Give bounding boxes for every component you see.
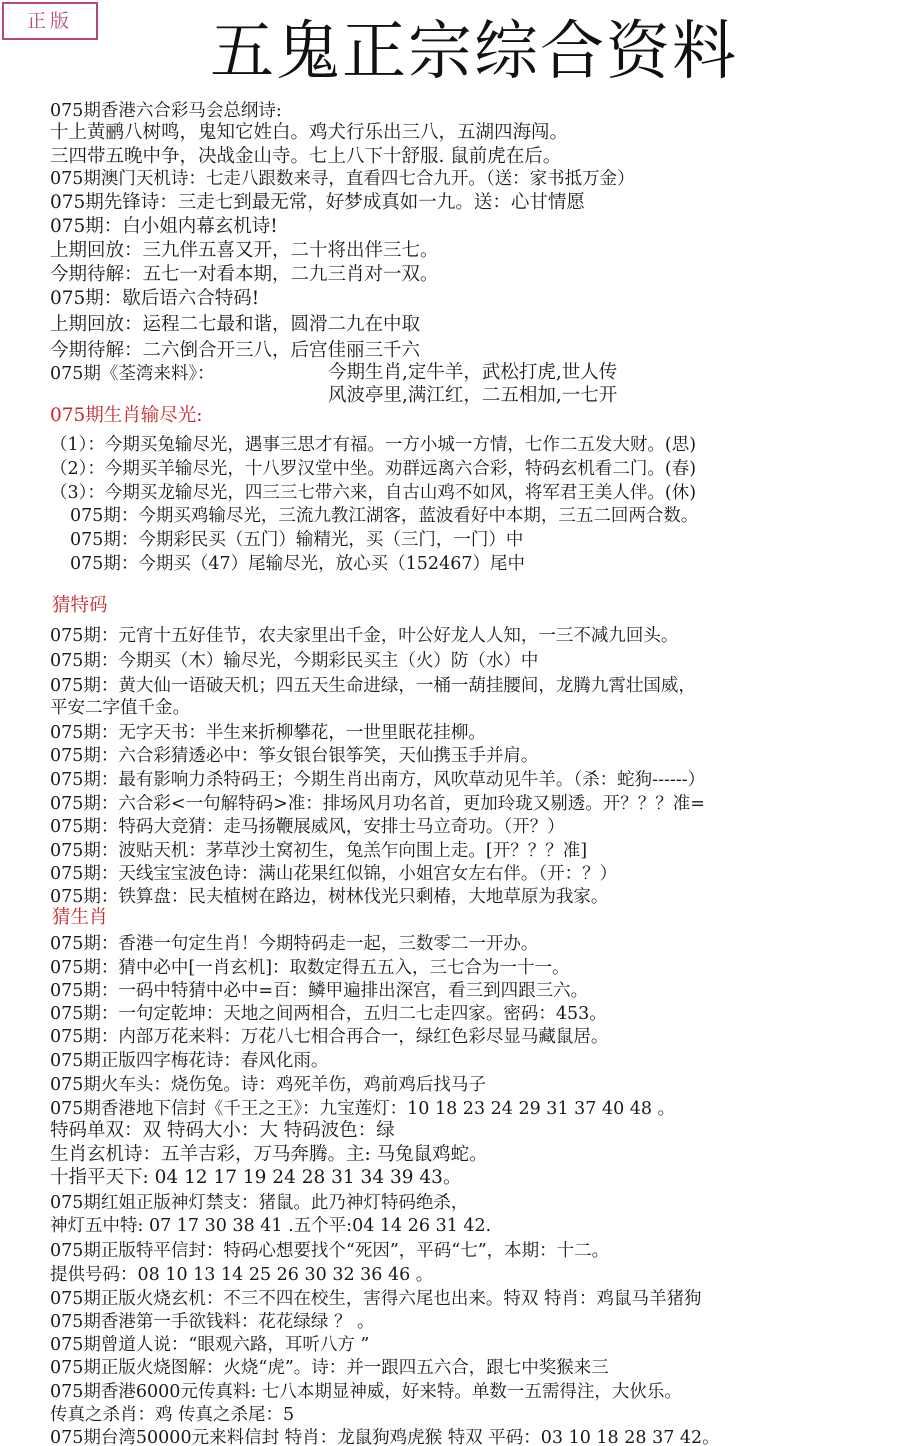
list-item: 075期：一码中特猜中必中=百：鳞甲遍排出深宫，看三到四跟三六。 xyxy=(50,980,588,1002)
list-item: 075期：一句定乾坤：天地之间两相合，五归二七走四家。密码：453。 xyxy=(50,1003,607,1025)
list-item: 075期香港地下信封《千王之王》：九宝莲灯：10 18 23 24 29 31 … xyxy=(50,1098,675,1120)
list-item: 075期：无字天书：半生来折柳攀花，一世里眠花挂柳。 xyxy=(50,722,486,744)
list-item: 平安二字值千金。 xyxy=(50,697,190,719)
list-item: （2）：今期买羊输尽光，十八罗汉堂中坐。劝群远离六合彩，特码玄机看二门。(春) xyxy=(50,458,696,480)
list-item: 075期：波贴天机：茅草沙土窝初生，兔羔乍向围上走。[开？？？准] xyxy=(50,840,587,862)
page-title: 五鬼正宗综合资料 xyxy=(210,12,770,92)
list-item: 075期正版四字梅花诗：春风化雨。 xyxy=(50,1050,328,1072)
list-item: 075期：今期买（木）输尽光，今期彩民买主（火）防（水）中 xyxy=(50,650,538,672)
text-line: 075期先锋诗：三走七到最无常，好梦成真如一九。送：心甘情愿 xyxy=(50,192,585,214)
section-heading-cai-shengxiao: 猜生肖 xyxy=(52,907,108,929)
list-item: 特码单双：双 特码大小：大 特码波色：绿 xyxy=(50,1120,395,1142)
list-item: 075期：六合彩<一句解特码>准：排场风月功名首，更加玲珑又剔透。开？？？准= xyxy=(50,793,705,815)
list-item: 075期：最有影响力杀特码王；今期生肖出南方，风吹草动见牛羊。（杀：蛇狗----… xyxy=(50,769,705,791)
text-line: 075期香港六合彩马会总纲诗: xyxy=(50,100,282,122)
text-line: 075期：白小姐内幕玄机诗! xyxy=(50,216,278,238)
list-item: 075期正版特平信封：特码心想要找个“死因”，平码“七”，本期：十二。 xyxy=(50,1240,609,1262)
list-item: 075期：特码大竞猜：走马扬鞭展威风，安排士马立奇功。（开？） xyxy=(50,816,565,838)
list-item: 075期香港6000元传真料: 七八本期显神威，好来特。单数一五需得注，大伙乐。 xyxy=(50,1381,682,1403)
list-item: 075期：铁算盘：民夫植树在路边，树林伐光只剩椿，大地草原为我家。 xyxy=(50,886,608,908)
zhengban-badge: 正版 xyxy=(2,2,98,40)
list-item: 075期：香港一句定生肖！今期特码走一起，三数零二一开办。 xyxy=(50,933,538,955)
quanwan-label: 075期《荃湾来料》： xyxy=(50,363,215,385)
list-item: 生肖玄机诗：五羊吉彩，万马奔腾。主: 马兔鼠鸡蛇。 xyxy=(50,1144,488,1166)
section-heading-cai-tema: 猜特码 xyxy=(52,595,108,617)
list-item: 十指平天下: 04 12 17 19 24 28 31 34 39 43。 xyxy=(50,1167,461,1189)
list-item: 075期：今期买（47）尾输尽光，放心买（152467）尾中 xyxy=(70,553,525,575)
list-item: 075期香港第一手欲钱料：花花绿绿 ？ 。 xyxy=(50,1311,375,1333)
list-item: 075期正版火烧玄机：不三不四在校生，害得六尾也出来。特双 特肖：鸡鼠马羊猪狗 xyxy=(50,1288,701,1310)
text-line: 三四带五晚中争，决战金山寺。七上八下十舒服. 鼠前虎在后。 xyxy=(50,146,561,168)
list-item: 075期红姐正版神灯禁支：猪鼠。此乃神灯特码绝杀， xyxy=(50,1192,468,1214)
list-item: 075期正版火烧图解：火烧“虎”。诗：并一跟四五六合，跟七中奖猴来三 xyxy=(50,1357,609,1379)
list-item: 提供号码：08 10 13 14 25 26 30 32 36 46 。 xyxy=(50,1264,433,1286)
list-item: 075期曾道人说：“眼观六路，耳听八方 ” xyxy=(50,1334,369,1356)
text-line: 十上黄鹂八树鸣，鬼知它姓白。鸡犬行乐出三八，五湖四海闯。 xyxy=(50,122,568,144)
list-item: 075期：元宵十五好佳节，农夫家里出千金，叶公好龙人人知，一三不减九回头。 xyxy=(50,625,678,647)
list-item: 075期火车头：烧伤兔。诗：鸡死羊伤，鸡前鸡后找马子 xyxy=(50,1074,486,1096)
list-item: 075期台湾50000元来料信封 特肖：龙鼠狗鸡虎猴 特双 平码：03 10 1… xyxy=(50,1427,720,1446)
list-item: 075期：六合彩猜透必中：筝女银台银筝笑，天仙携玉手并肩。 xyxy=(50,745,538,767)
list-item: 075期：今期彩民买（五门）输精光，买（三门，一门）中 xyxy=(70,529,523,551)
list-item: （1）：今期买兔输尽光，遇事三思才有福。一方小城一方情，七作二五发大财。(思) xyxy=(50,434,696,456)
text-line: 上期回放：运程二七最和谐，圆滑二九在中取 xyxy=(50,314,420,336)
text-line: 075期：歇后语六合特码! xyxy=(50,288,259,310)
text-line: 今期待解：二六倒合开三八，后宫佳丽三千六 xyxy=(50,340,420,362)
text-line: 075期澳门天机诗：七走八跟数来寻，直看四七合九开。（送：家书抵万金） xyxy=(50,168,635,190)
section-heading-shengxiao-shuzhuang: 075期生肖输尽光: xyxy=(50,405,203,427)
quanwan-line-2: 风波亭里,满江红，二五相加,一七开 xyxy=(328,385,617,407)
quanwan-line-1: 今期生肖,定牛羊，武松打虎,世人传 xyxy=(328,362,617,384)
list-item: 075期：天线宝宝波色诗：满山花果红似锦，小姐宫女左右伴。（开：？） xyxy=(50,863,617,885)
list-item: 神灯五中特: 07 17 30 38 41 .五个平:04 14 26 31 4… xyxy=(50,1215,491,1237)
list-item: 075期：黄大仙一语破天机；四五天生命进绿，一桶一葫挂腰间，龙腾九霄壮国威， xyxy=(50,675,696,697)
list-item: 075期：内部万花来料：万花八七相合再合一，绿红色彩尽显马藏鼠居。 xyxy=(50,1026,608,1048)
text-line: 今期待解：五七一对看本期，二九三肖对一双。 xyxy=(50,264,439,286)
list-item: （3）：今期买龙输尽光，四三三七带六来，自古山鸡不如风，将军君王美人伴。(休) xyxy=(50,482,696,504)
list-item: 075期：猜中必中[一肖玄机]：取数定得五五入，三七合为一十一。 xyxy=(50,957,570,979)
list-item: 传真之杀肖：鸡 传真之杀尾：5 xyxy=(50,1404,294,1426)
text-line: 上期回放：三九伴五喜又开，二十将出伴三七。 xyxy=(50,240,439,262)
list-item: 075期：今期买鸡输尽光，三流九教江湖客，蓝波看好中本期，三五二回两合数。 xyxy=(70,505,698,527)
